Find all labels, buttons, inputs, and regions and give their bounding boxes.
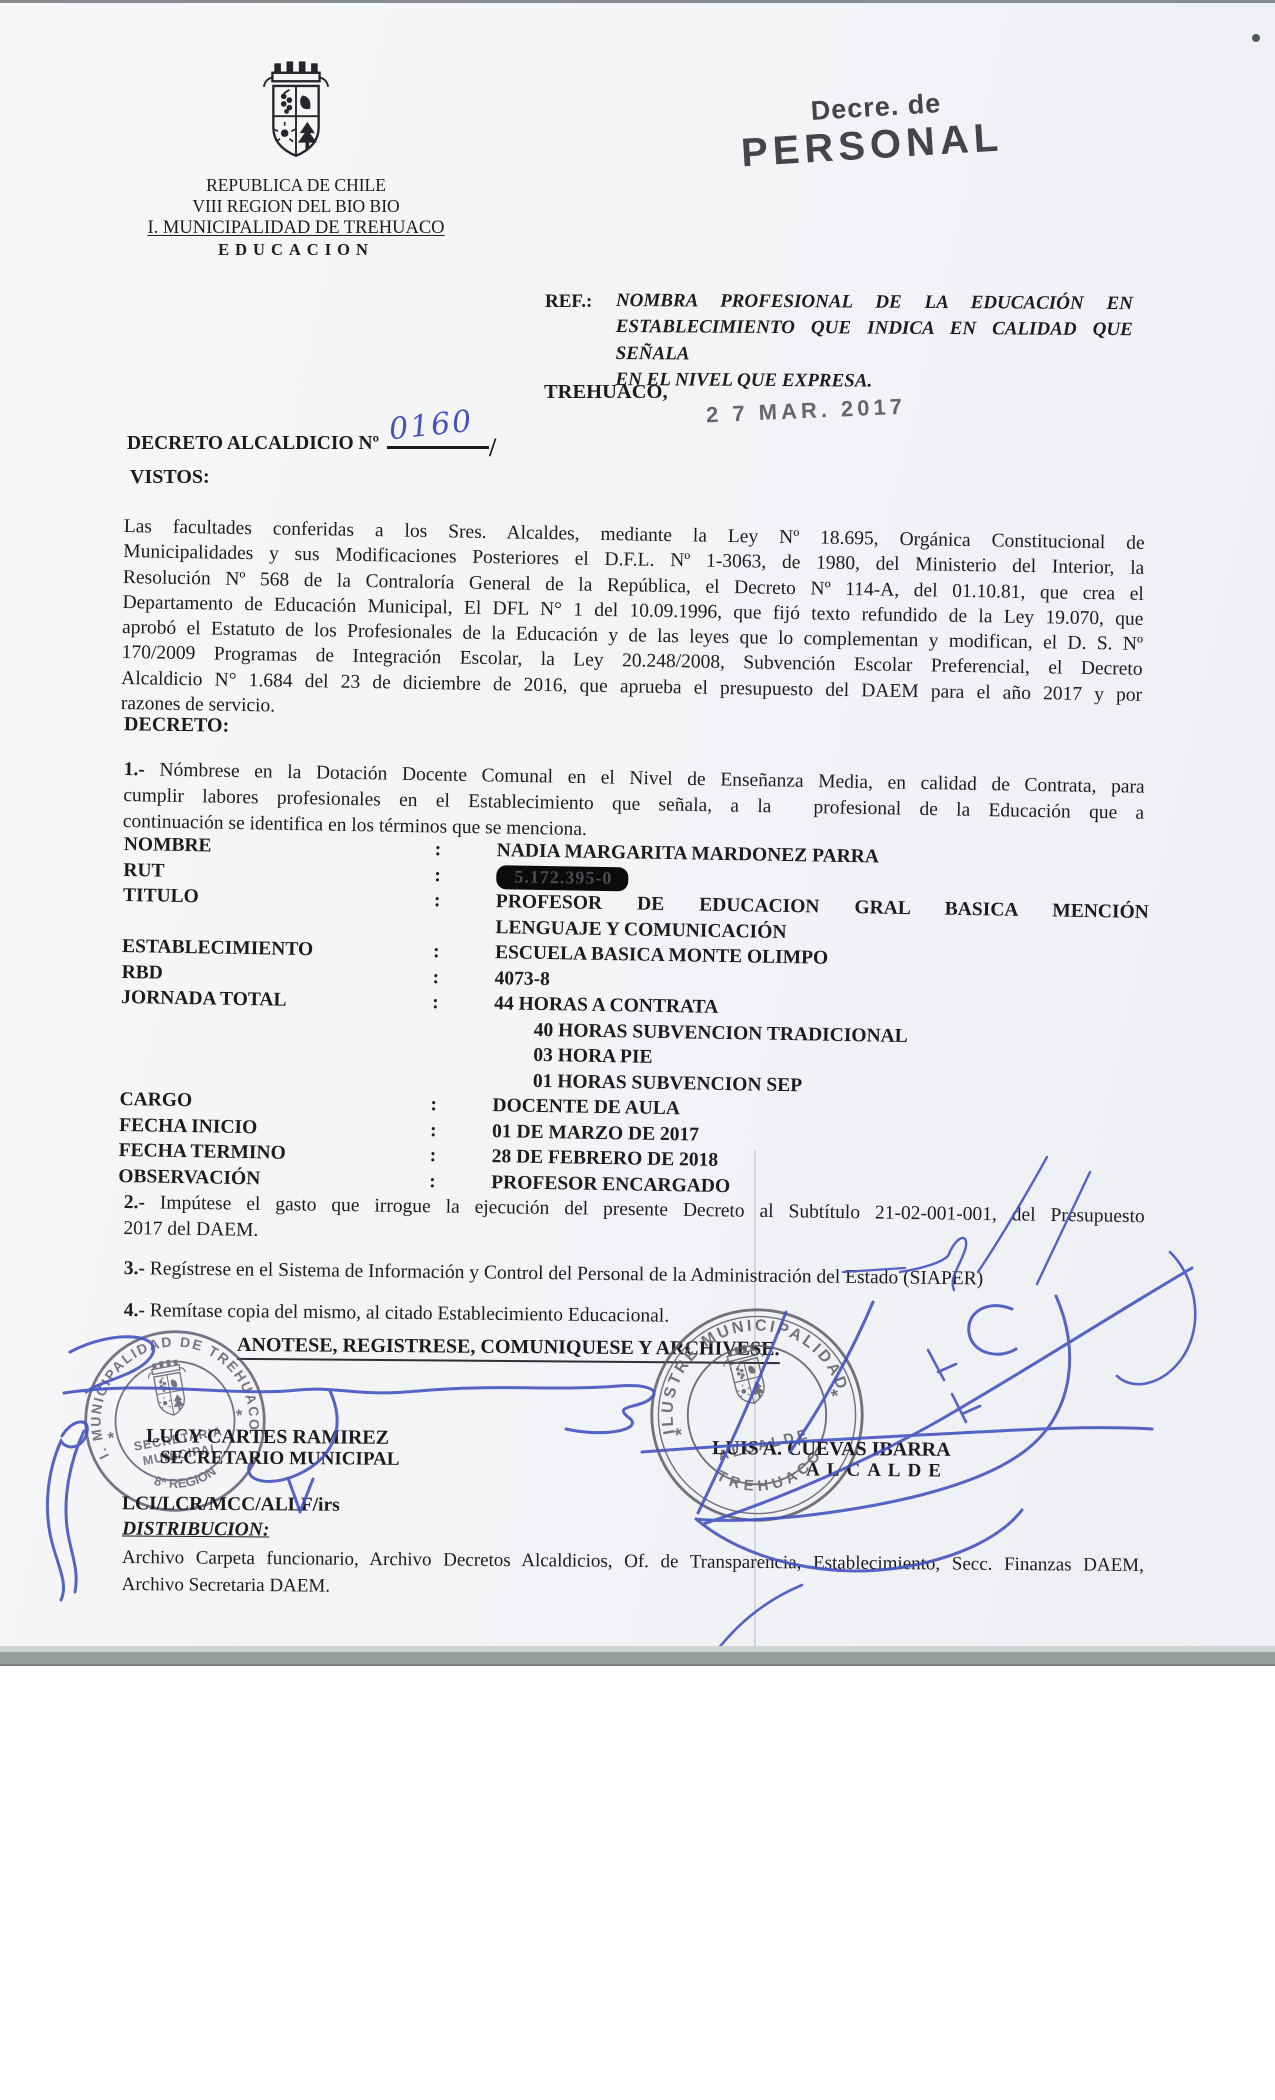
letterhead-region: VIII REGION DEL BIO BIO	[140, 196, 452, 217]
field-colon: :	[431, 990, 495, 1093]
distribution-list: Archivo Carpeta funcionario, Archivo Dec…	[122, 1544, 1144, 1606]
field-value: 44 HORAS A CONTRATA 40 HORAS SUBVENCION …	[493, 991, 1148, 1104]
letterhead-country: REPUBLICA DE CHILE	[140, 175, 452, 196]
ref-text: NOMBRA PROFESIONAL DE LA EDUCACIÓN EN ES…	[615, 288, 1133, 396]
field-colon: :	[435, 837, 497, 864]
item1-text: profesional de la Educación que a	[813, 797, 1144, 824]
stamp-star: *	[107, 1428, 117, 1448]
date-stamp: 2 7 MAR. 2017	[706, 394, 907, 429]
field-label: OBSERVACIÓN	[118, 1163, 429, 1194]
letterhead: REPUBLICA DE CHILE VIII REGION DEL BIO B…	[140, 52, 452, 261]
coat-of-arms-icon	[261, 52, 331, 169]
decree-number-handwritten: 0160	[387, 404, 475, 448]
redacted-rut: 5.172.395-0	[496, 865, 628, 891]
decree-number-slash: /	[489, 433, 496, 462]
stamp-star: *	[235, 1405, 245, 1425]
drafting-initials: LCI/LCR/MCC/ALLF/irs	[122, 1493, 340, 1517]
personal-decree-stamp: Decre. de PERSONAL	[738, 80, 1082, 177]
ref-label: REF.:	[545, 291, 592, 313]
appointment-fields: NOMBRE : NADIA MARGARITA MARDONEZ PARRA …	[118, 832, 1150, 1206]
scan-paper: REPUBLICA DE CHILE VIII REGION DEL BIO B…	[0, 0, 1275, 1648]
secretary-title: SECRETARIO MUNICIPAL	[160, 1447, 400, 1471]
field-colon: :	[433, 888, 496, 940]
field-colon: :	[430, 1118, 492, 1145]
field-label: TITULO	[122, 883, 434, 939]
mayor-name: LUIS A. CUEVAS IBARRA	[712, 1437, 951, 1462]
stamp-crest-icon	[720, 1341, 773, 1408]
item2-marker: 2.-	[124, 1192, 145, 1213]
stamp-crest-icon	[146, 1357, 193, 1418]
blank-name-gap	[771, 812, 813, 813]
scanner-band-dark	[0, 1652, 1275, 1666]
item3-marker: 3.-	[124, 1258, 145, 1279]
field-label: JORNADA TOTAL	[120, 985, 433, 1092]
item1-marker: 1.-	[124, 759, 145, 780]
field-row-jornada: JORNADA TOTAL : 44 HORAS A CONTRATA 40 H…	[120, 985, 1148, 1104]
scan-speck	[1252, 34, 1260, 42]
vistos-heading: VISTOS:	[130, 466, 210, 489]
ref-line: EN EL NIVEL QUE EXPRESA.	[615, 367, 1132, 396]
vistos-paragraph: Las facultades conferidas a los Sres. Al…	[121, 514, 1145, 733]
secretary-name: LUCY CARTES RAMIREZ	[146, 1425, 389, 1450]
personal-stamp-line2: PERSONAL	[740, 111, 1082, 177]
field-colon: :	[432, 965, 494, 992]
decree-number-underline: 0160	[387, 420, 489, 449]
field-colon: :	[429, 1169, 491, 1196]
scanner-edge-line	[0, 0, 1275, 3]
scanned-document-page: REPUBLICA DE CHILE VIII REGION DEL BIO B…	[0, 0, 1275, 2100]
decreto-heading: DECRETO:	[124, 713, 230, 737]
decree-number-line: DECRETO ALCALDICIO Nº0160/	[127, 420, 496, 456]
mayor-title: ALCALDE	[806, 1460, 948, 1483]
ref-line: ESTABLECIMIENTO QUE INDICA EN CALIDAD QU…	[616, 314, 1133, 370]
letterhead-department: EDUCACION	[140, 239, 452, 261]
item4-marker: 4.-	[124, 1300, 145, 1321]
letterhead-municipality: I. MUNICIPALIDAD DE TREHUACO	[140, 217, 452, 239]
field-colon: :	[433, 939, 495, 966]
item3-text: Regístrese en el Sistema de Información …	[150, 1258, 984, 1289]
place-line: TREHUACO,	[544, 381, 668, 404]
ref-line: NOMBRA PROFESIONAL DE LA EDUCACIÓN EN	[616, 288, 1133, 317]
field-colon: :	[434, 863, 496, 890]
field-colon: :	[429, 1143, 491, 1170]
distribution-label: DISTRIBUCION:	[122, 1518, 270, 1541]
decree-item-3: 3.- Regístrese en el Sistema de Informac…	[124, 1256, 1224, 1295]
field-colon: :	[430, 1092, 492, 1119]
decree-number-label: DECRETO ALCALDICIO Nº	[127, 433, 379, 454]
stamp-star: *	[673, 1424, 686, 1446]
